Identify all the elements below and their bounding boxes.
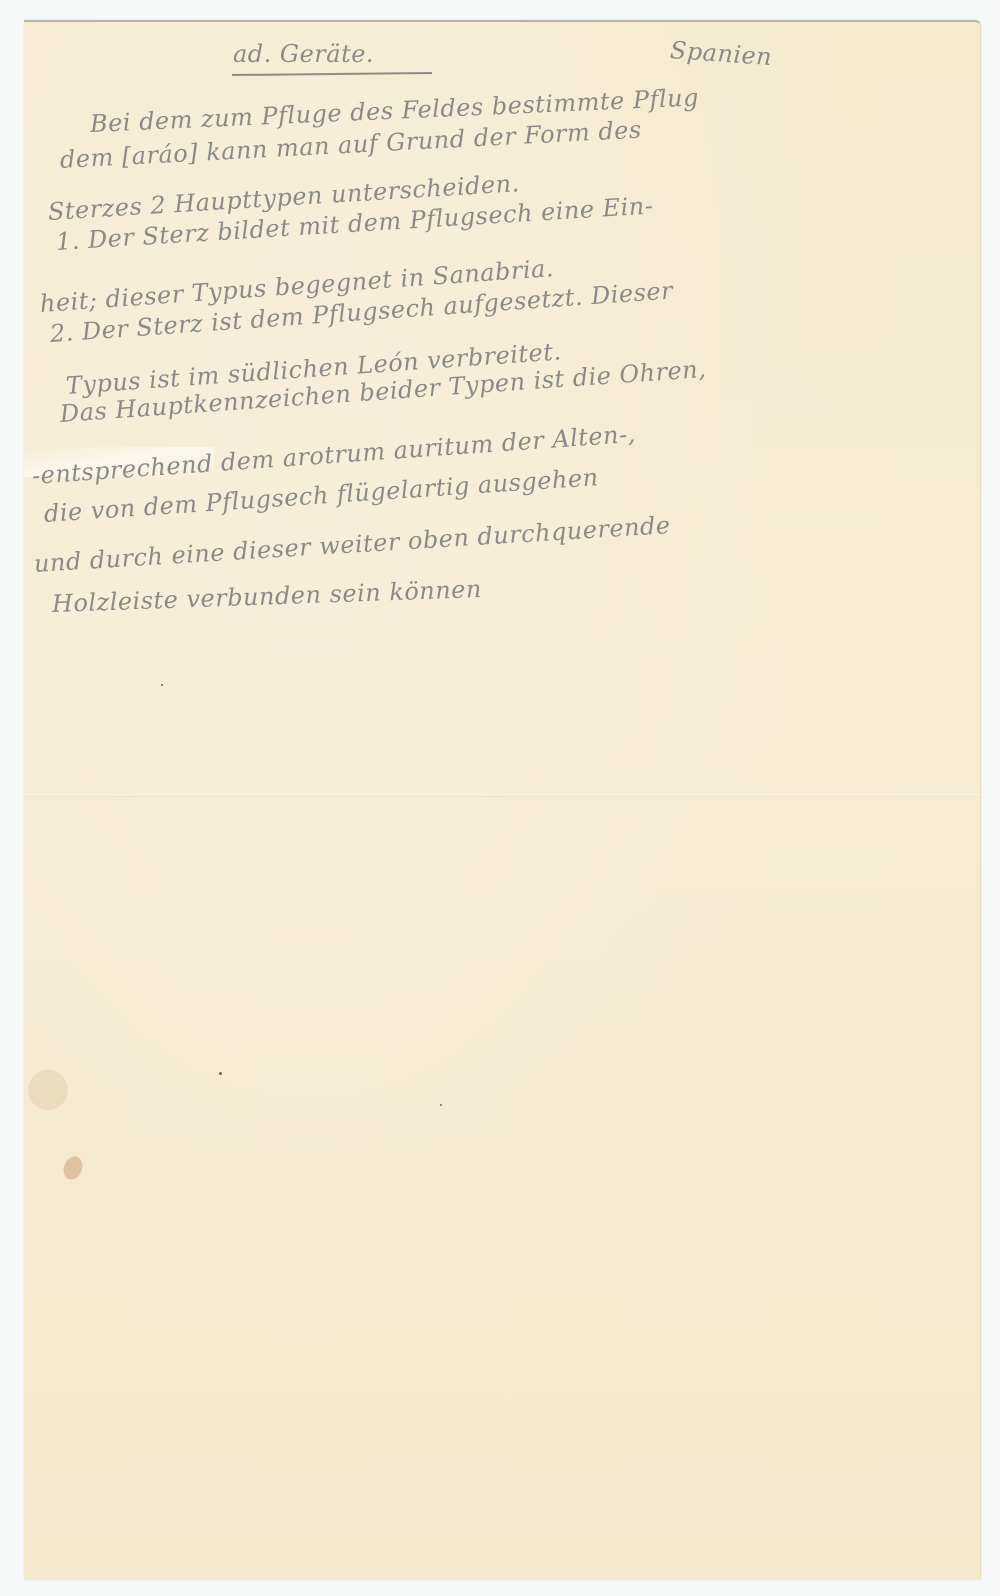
paper-speck	[440, 1104, 442, 1106]
manuscript-page	[24, 20, 981, 1580]
paper-fold-line	[24, 794, 980, 797]
paper-stain-faint	[28, 1070, 68, 1110]
paper-speck	[161, 684, 163, 686]
paper-stain	[60, 1154, 85, 1183]
page-heading: ad. Geräte.	[233, 40, 374, 68]
paper-speck	[219, 1072, 222, 1075]
